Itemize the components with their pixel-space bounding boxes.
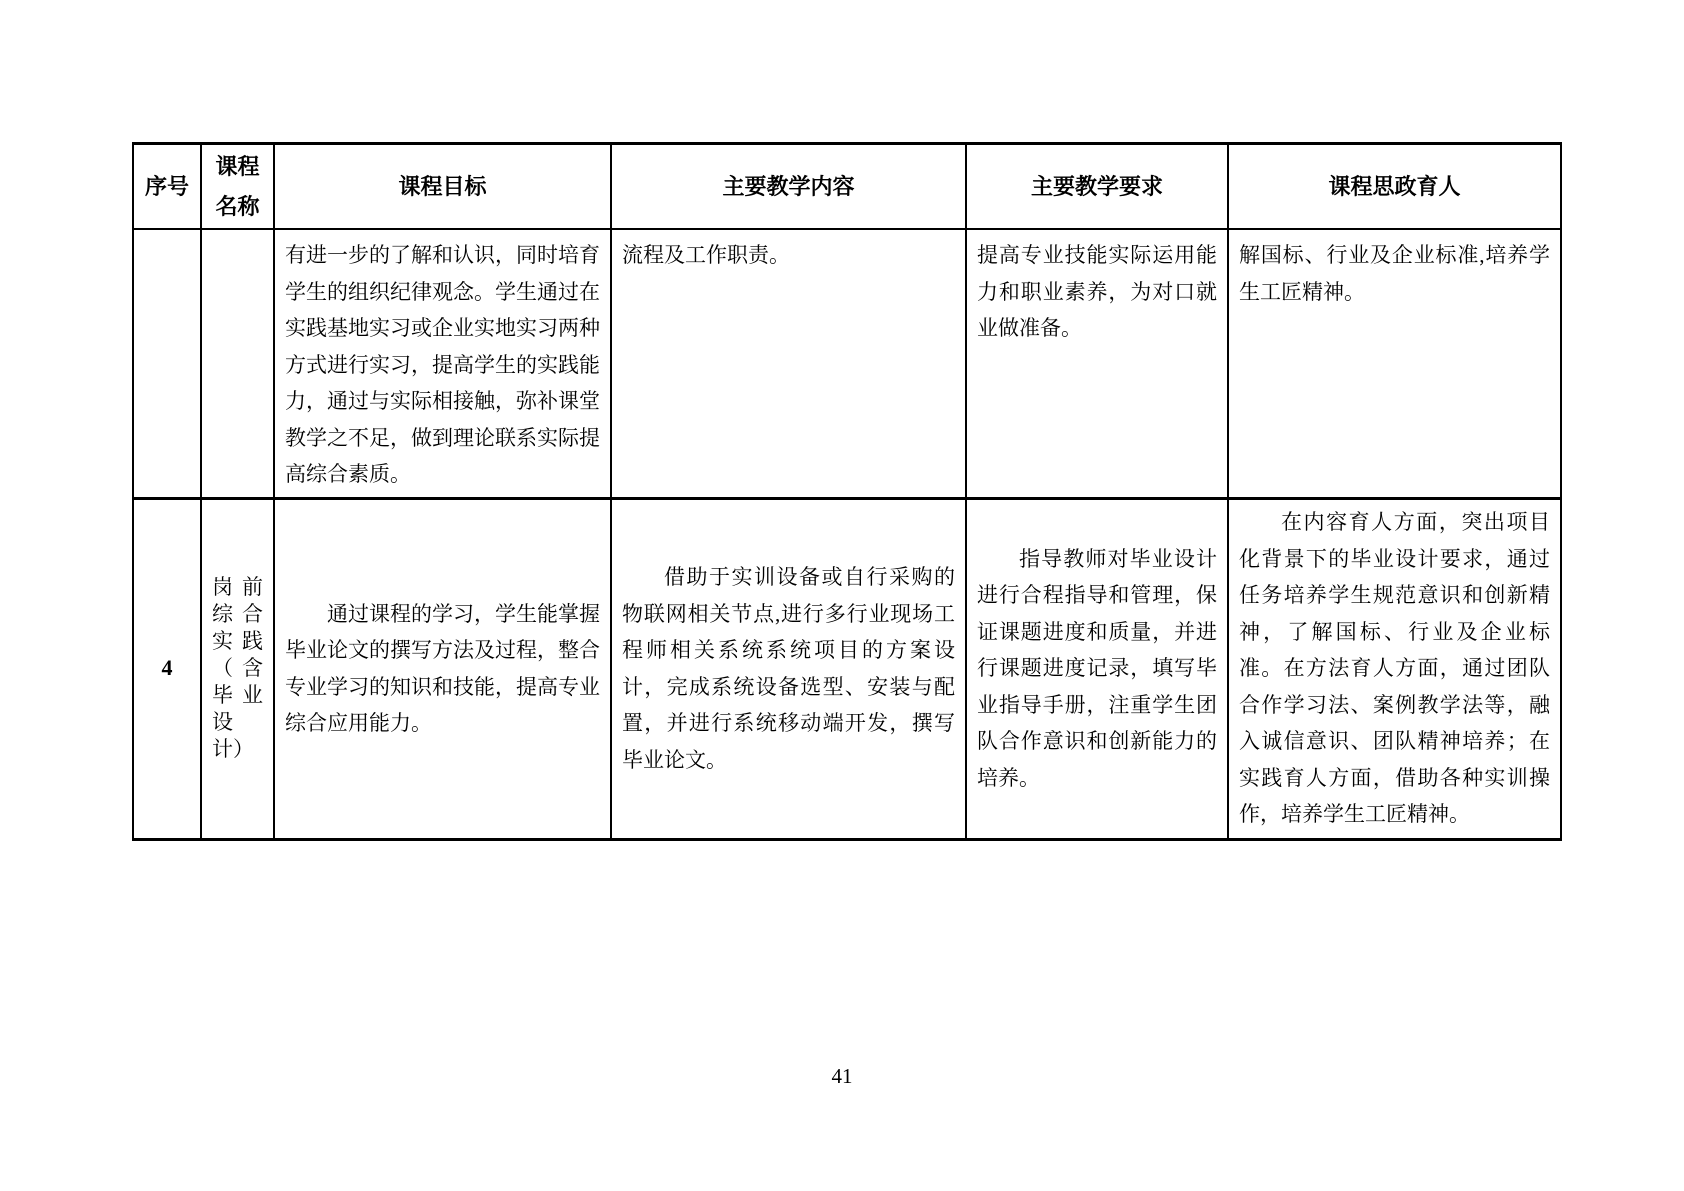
page-number: 41 [0,1062,1684,1090]
header-cell-course-objectives: 课程目标 [274,144,611,230]
header-cell-serial-number: 序号 [133,144,201,230]
table-row-course-4: 4 岗前综合实践（含毕业设计） 通过课程的学习，学生能掌握毕业论文的撰写方法及过… [133,498,1561,839]
row2-content-cell: 借助于实训设备或自行采购的物联网相关节点,进行多行业现场工程师相关系统系统项目的… [611,498,966,839]
row2-course-name-cell: 岗前综合实践（含毕业设计） [201,498,274,839]
row2-serial-number-cell: 4 [133,498,201,839]
row1-content-cell: 流程及工作职责。 [611,229,966,498]
header-cell-ideology-education: 课程思政育人 [1228,144,1561,230]
document-page: 序号 课程名称 课程目标 主要教学内容 主要教学要求 课程思政育人 有进一步的了… [0,0,1684,1191]
row1-course-name-cell [201,229,274,498]
row1-requirements-cell: 提高专业技能实际运用能力和职业素养，为对口就业做准备。 [966,229,1228,498]
course-name-text: 岗前综合实践（含毕业设计） [212,574,263,763]
row2-requirements-cell: 指导教师对毕业设计进行合程指导和管理，保证课题进度和质量，并进行课题进度记录，填… [966,498,1228,839]
header-cell-course-name: 课程名称 [201,144,274,230]
row1-ideology-cell: 解国标、行业及企业标准,培养学生工匠精神。 [1228,229,1561,498]
row1-objectives-cell: 有进一步的了解和认识，同时培育学生的组织纪律观念。学生通过在实践基地实习或企业实… [274,229,611,498]
header-cell-teaching-requirements: 主要教学要求 [966,144,1228,230]
table-header-row: 序号 课程名称 课程目标 主要教学内容 主要教学要求 课程思政育人 [133,144,1561,230]
header-cell-teaching-content: 主要教学内容 [611,144,966,230]
row1-serial-number-cell [133,229,201,498]
row2-objectives-cell: 通过课程的学习，学生能掌握毕业论文的撰写方法及过程，整合专业学习的知识和技能，提… [274,498,611,839]
row2-ideology-cell: 在内容育人方面，突出项目化背景下的毕业设计要求，通过任务培养学生规范意识和创新精… [1228,498,1561,839]
table-row-continuation: 有进一步的了解和认识，同时培育学生的组织纪律观念。学生通过在实践基地实习或企业实… [133,229,1561,498]
course-syllabus-table: 序号 课程名称 课程目标 主要教学内容 主要教学要求 课程思政育人 有进一步的了… [132,142,1562,841]
